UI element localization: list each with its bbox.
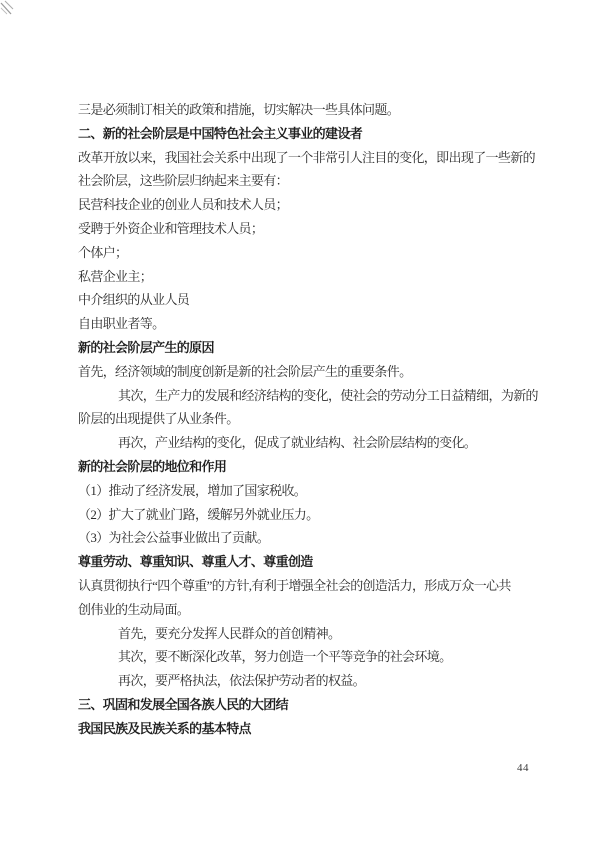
text-line-13: 其次，生产力的发展和经济结构的变化，使社会的劳动分工日益精细，为新的 bbox=[78, 384, 548, 408]
text-line-22: 创伟业的生动局面。 bbox=[78, 598, 548, 622]
text-line-19: （3）为社会公益事业做出了贡献。 bbox=[78, 526, 548, 550]
text-line-18: （2）扩大了就业门路，缓解另外就业压力。 bbox=[78, 503, 548, 527]
text-line-24: 其次，要不断深化改革，努力创造一个平等竞争的社会环境。 bbox=[78, 645, 548, 669]
scan-artifact-mark bbox=[0, 0, 18, 18]
document-page: 三是必须制订相关的政策和措施，切实解决一些具体问题。二、新的社会阶层是中国特色社… bbox=[0, 0, 600, 849]
text-line-4: 社会阶层，这些阶层归纳起来主要有： bbox=[78, 169, 548, 193]
text-line-25: 再次，要严格执法，依法保护劳动者的权益。 bbox=[78, 669, 548, 693]
text-line-14: 阶层的出现提供了从业条件。 bbox=[78, 407, 548, 431]
text-line-1: 三是必须制订相关的政策和措施，切实解决一些具体问题。 bbox=[78, 98, 548, 122]
text-line-26: 三、巩固和发展全国各族人民的大团结 bbox=[78, 693, 548, 717]
text-line-23: 首先，要充分发挥人民群众的首创精神。 bbox=[78, 622, 548, 646]
text-line-20: 尊重劳动、尊重知识、尊重人才、尊重创造 bbox=[78, 550, 548, 574]
text-line-27: 我国民族及民族关系的基本特点 bbox=[78, 717, 548, 741]
text-line-21: 认真贯彻执行“四个尊重”的方针,有利于增强全社会的创造活力，形成万众一心共 bbox=[78, 574, 548, 598]
text-line-15: 再次，产业结构的变化，促成了就业结构、社会阶层结构的变化。 bbox=[78, 431, 548, 455]
text-line-12: 首先，经济领域的制度创新是新的社会阶层产生的重要条件。 bbox=[78, 360, 548, 384]
text-line-7: 个体户； bbox=[78, 241, 548, 265]
text-block: 三是必须制订相关的政策和措施，切实解决一些具体问题。二、新的社会阶层是中国特色社… bbox=[78, 98, 548, 741]
page-number: 44 bbox=[517, 762, 529, 774]
text-line-6: 受聘于外资企业和管理技术人员； bbox=[78, 217, 548, 241]
text-line-17: （1）推动了经济发展，增加了国家税收。 bbox=[78, 479, 548, 503]
text-line-8: 私营企业主； bbox=[78, 265, 548, 289]
text-line-3: 改革开放以来，我国社会关系中出现了一个非常引人注目的变化，即出现了一些新的 bbox=[78, 146, 548, 170]
text-line-16: 新的社会阶层的地位和作用 bbox=[78, 455, 548, 479]
text-line-5: 民营科技企业的创业人员和技术人员； bbox=[78, 193, 548, 217]
text-line-2: 二、新的社会阶层是中国特色社会主义事业的建设者 bbox=[78, 122, 548, 146]
text-line-9: 中介组织的从业人员 bbox=[78, 288, 548, 312]
text-line-10: 自由职业者等。 bbox=[78, 312, 548, 336]
text-line-11: 新的社会阶层产生的原因 bbox=[78, 336, 548, 360]
